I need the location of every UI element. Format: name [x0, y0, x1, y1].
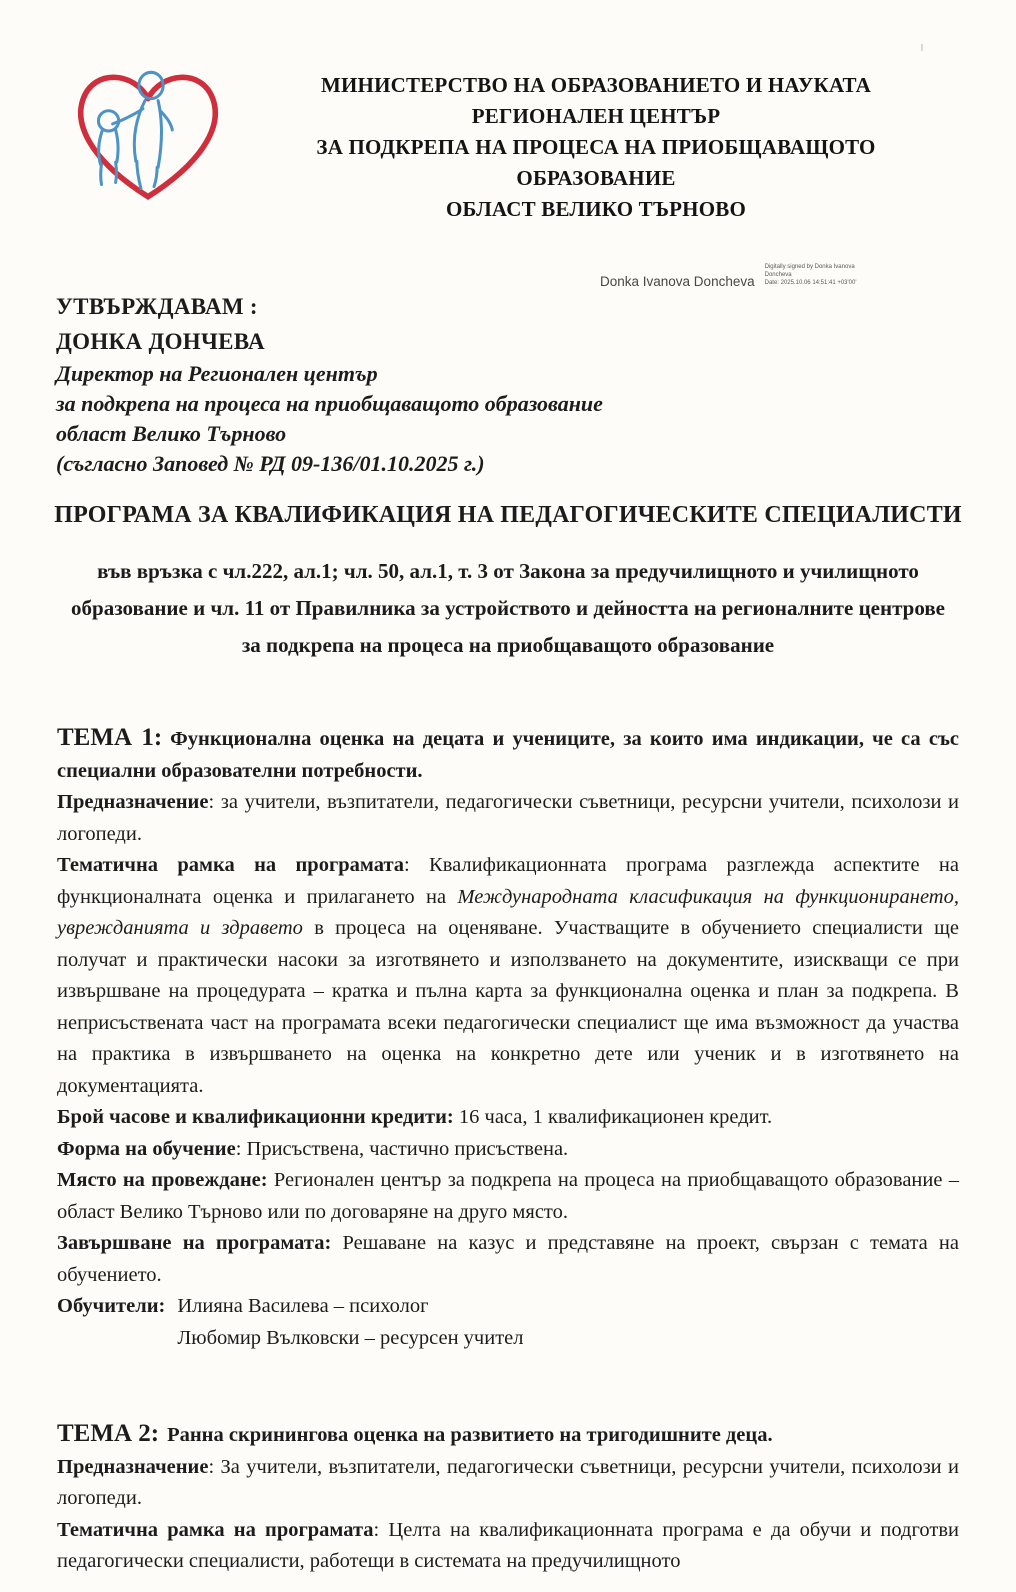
tema-1-purpose: Предназначение: за учители, възпитатели,… — [57, 787, 959, 850]
letterhead-line-center: РЕГИОНАЛЕН ЦЕНТЪР — [238, 101, 954, 132]
tema-1-location: Място на провеждане: Регионален център з… — [57, 1165, 959, 1228]
document-title: ПРОГРАМА ЗА КВАЛИФИКАЦИЯ НА ПЕДАГОГИЧЕСК… — [40, 502, 976, 529]
order-reference: (съгласно Заповед № РД 09-136/01.10.2025… — [56, 449, 756, 479]
framework-label: Тематична рамка на програмата — [57, 1519, 374, 1541]
document-page: МИНИСТЕРСТВО НА ОБРАЗОВАНИЕТО И НАУКАТА … — [0, 0, 1016, 1592]
tema-1-trainers: Обучители: Илияна Василева – психолог Лю… — [57, 1291, 959, 1354]
framework-text-2: в процеса на оценяване. Участващите в об… — [57, 917, 959, 1097]
tema-1-number: ТЕМА 1: — [57, 724, 162, 751]
heart-family-logo — [58, 60, 238, 210]
signature-detail-line: Digitally signed by Donka Ivanova — [765, 263, 857, 271]
letterhead-line-region: ОБЛАСТ ВЕЛИКО ТЪРНОВО — [238, 194, 954, 225]
tema-1-heading-text: Функционална оценка на децата и ученицит… — [57, 728, 959, 782]
tema-2-number: ТЕМА 2: — [57, 1420, 159, 1447]
completion-label: Завършване на програмата: — [57, 1232, 331, 1254]
signature-detail-line: Date: 2025.10.06 14:51:41 +03'00' — [765, 279, 857, 287]
trainer-item: Любомир Вълковски – ресурсен учител — [177, 1323, 523, 1355]
hours-text: 16 часа, 1 квалификационен кредит. — [454, 1106, 772, 1128]
approver-role-line: област Велико Търново — [56, 419, 756, 449]
hours-label: Брой часове и квалификационни кредити: — [57, 1106, 454, 1128]
purpose-label: Предназначение — [57, 1456, 208, 1478]
approver-role-line: за подкрепа на процеса на приобщаващото … — [56, 389, 756, 419]
approve-label: УТВЪРЖДАВАМ : — [56, 289, 756, 324]
form-label: Форма на обучение — [57, 1138, 236, 1160]
tema-1-framework: Тематична рамка на програмата: Квалифика… — [57, 850, 959, 1102]
tema-1-section: ТЕМА 1:Функционална оценка на децата и у… — [57, 722, 959, 1354]
form-text: : Присъствена, частично присъствена. — [236, 1138, 568, 1160]
signature-detail-line: Doncheva — [765, 271, 857, 279]
tema-2-framework: Тематична рамка на програмата: Целта на … — [57, 1515, 959, 1578]
trainer-item: Илияна Василева – психолог — [177, 1291, 523, 1323]
tema-2-section: ТЕМА 2:Ранна скринингова оценка на разви… — [57, 1418, 959, 1578]
tema-2-purpose: Предназначение: За учители, възпитатели,… — [57, 1452, 959, 1515]
trainers-label: Обучители: — [57, 1291, 165, 1354]
document-subtitle: във връзка с чл.222, ал.1; чл. 50, ал.1,… — [62, 553, 954, 664]
digital-signature-stamp: Donka Ivanova Doncheva Digitally signed … — [600, 263, 856, 289]
letterhead-line-support: ЗА ПОДКРЕПА НА ПРОЦЕСА НА ПРИОБЩАВАЩОТО … — [238, 132, 954, 194]
tema-2-heading-text: Ранна скринингова оценка на развитието н… — [167, 1424, 773, 1446]
approver-role-line: Директор на Регионален център — [56, 359, 756, 389]
tema-1-form: Форма на обучение: Присъствена, частично… — [57, 1134, 959, 1166]
scan-artifact — [921, 44, 923, 51]
purpose-label: Предназначение — [57, 791, 208, 813]
tema-2-heading: ТЕМА 2:Ранна скринингова оценка на разви… — [57, 1418, 959, 1452]
signature-name: Donka Ivanova Doncheva — [600, 274, 755, 289]
tema-1-hours: Брой часове и квалификационни кредити: 1… — [57, 1102, 959, 1134]
approval-block: УТВЪРЖДАВАМ : ДОНКА ДОНЧЕВА Директор на … — [56, 289, 756, 479]
trainers-names: Илияна Василева – психолог Любомир Вълко… — [177, 1291, 523, 1354]
family-figures — [98, 72, 172, 188]
signature-details: Digitally signed by Donka Ivanova Donche… — [761, 263, 857, 287]
framework-label: Тематична рамка на програмата — [57, 854, 404, 876]
tema-1-completion: Завършване на програмата: Решаване на ка… — [57, 1228, 959, 1291]
location-label: Място на провеждане: — [57, 1169, 268, 1191]
approver-name: ДОНКА ДОНЧЕВА — [56, 324, 756, 359]
letterhead: МИНИСТЕРСТВО НА ОБРАЗОВАНИЕТО И НАУКАТА … — [238, 70, 954, 225]
letterhead-line-ministry: МИНИСТЕРСТВО НА ОБРАЗОВАНИЕТО И НАУКАТА — [238, 70, 954, 101]
tema-1-heading: ТЕМА 1:Функционална оценка на децата и у… — [57, 722, 959, 787]
